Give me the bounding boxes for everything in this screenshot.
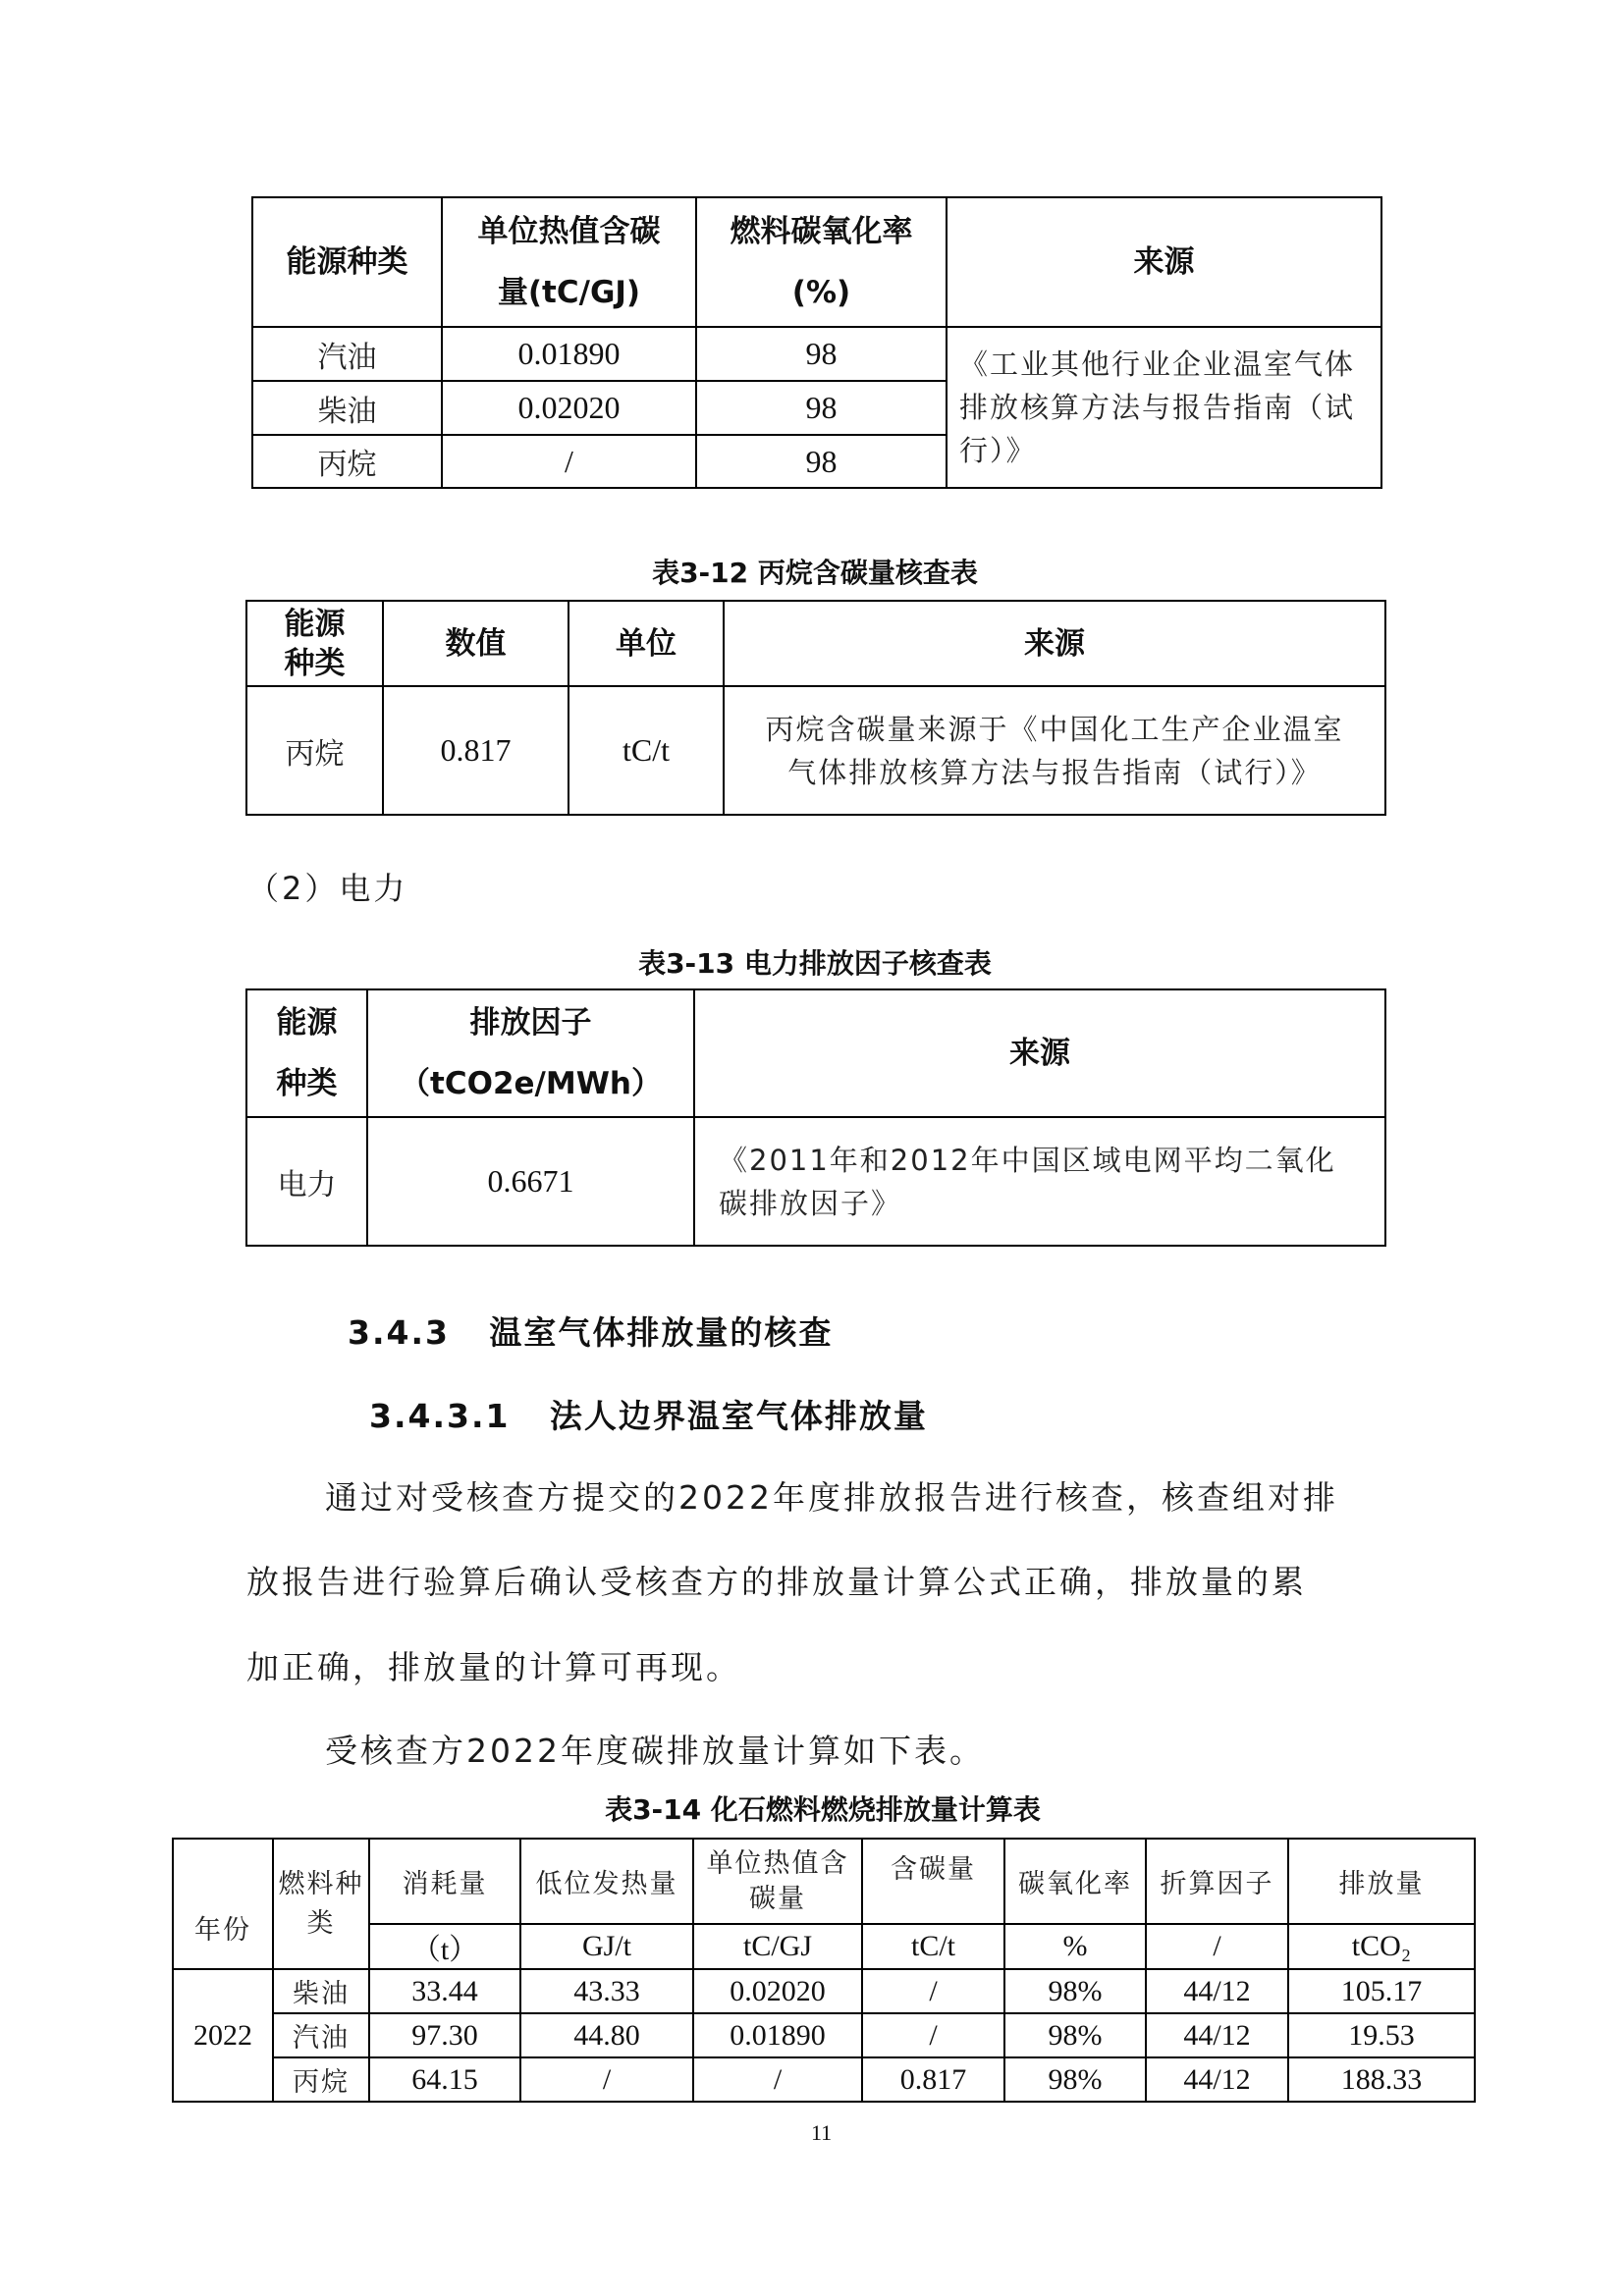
cell-type: 柴油 bbox=[252, 381, 442, 435]
cell-year: 2022 bbox=[173, 1969, 273, 2102]
header-unit: 单位 bbox=[568, 601, 724, 686]
header-factor-line1: 排放因子 bbox=[368, 992, 693, 1053]
cell-conversion: 44/12 bbox=[1146, 1969, 1288, 2013]
page-number: 11 bbox=[811, 2120, 832, 2146]
header-oxidation: 碳氧化率 bbox=[1004, 1839, 1146, 1924]
cell-consumption: 97.30 bbox=[369, 2013, 520, 2057]
header-energy-type-line2: 种类 bbox=[247, 1053, 366, 1114]
table-row: 电力 0.6671 《2011年和2012年中国区域电网平均二氧化碳排放因子》 bbox=[246, 1117, 1385, 1246]
header-carbon-content-line1: 单位热值含碳 bbox=[443, 201, 695, 262]
cell-consumption: 64.15 bbox=[369, 2057, 520, 2102]
table-3-13: 能源 种类 排放因子 （tCO2e/MWh） 来源 电力 0.6671 《201… bbox=[245, 988, 1386, 1247]
header-energy-type-line1: 能源 bbox=[247, 605, 382, 644]
header-energy-type-line1: 能源 bbox=[247, 992, 366, 1053]
unit-oxidation: % bbox=[1004, 1924, 1146, 1969]
unit-conversion: / bbox=[1146, 1924, 1288, 1969]
table-row: 丙烷 64.15 / / 0.817 98% 44/12 188.33 bbox=[173, 2057, 1475, 2102]
unit-carbon-per-heat: tC/GJ bbox=[693, 1924, 862, 1969]
cell-unit: tC/t bbox=[568, 686, 724, 815]
header-carbon-per-heat: 单位热值含碳量 bbox=[693, 1839, 862, 1924]
header-fuel-type: 燃料种类 bbox=[273, 1839, 369, 1969]
header-carbon-content-line2: 量(tC/GJ) bbox=[443, 262, 695, 323]
cell-carbon-per-heat: 0.01890 bbox=[693, 2013, 862, 2057]
subsection-electricity: （2）电力 bbox=[247, 864, 407, 909]
subsection-heading: 3.4.3.1 法人边界温室气体排放量 bbox=[369, 1391, 928, 1437]
unit-ncv: GJ/t bbox=[520, 1924, 693, 1969]
cell-carbon-content: 0.02020 bbox=[442, 381, 696, 435]
cell-oxidation: 98% bbox=[1004, 1969, 1146, 2013]
cell-value: 0.817 bbox=[383, 686, 568, 815]
table-row: 2022 柴油 33.44 43.33 0.02020 / 98% 44/12 … bbox=[173, 1969, 1475, 2013]
cell-consumption: 33.44 bbox=[369, 1969, 520, 2013]
table-header-row: 能源 种类 排放因子 （tCO2e/MWh） 来源 bbox=[246, 989, 1385, 1117]
table-3-13-caption: 表3-13 电力排放因子核查表 bbox=[245, 942, 1384, 982]
header-source: 来源 bbox=[947, 197, 1381, 327]
cell-oxidation: 98% bbox=[1004, 2057, 1146, 2102]
cell-carbon-content: 0.01890 bbox=[442, 327, 696, 381]
cell-carbon-content: / bbox=[862, 2013, 1004, 2057]
cell-type: 汽油 bbox=[252, 327, 442, 381]
header-oxidation-line2: (%) bbox=[697, 262, 946, 323]
header-consumption: 消耗量 bbox=[369, 1839, 520, 1924]
table-header-row: 能源种类 单位热值含碳 量(tC/GJ) 燃料碳氧化率 (%) 来源 bbox=[252, 197, 1381, 327]
unit-carbon-content: tC/t bbox=[862, 1924, 1004, 1969]
cell-emissions: 188.33 bbox=[1288, 2057, 1475, 2102]
table-row: 汽油 0.01890 98 《工业其他行业企业温室气体排放核算方法与报告指南（试… bbox=[252, 327, 1381, 381]
section-heading: 3.4.3 温室气体排放量的核查 bbox=[348, 1308, 833, 1354]
header-emissions: 排放量 bbox=[1288, 1839, 1475, 1924]
fuel-factor-table: 能源种类 单位热值含碳 量(tC/GJ) 燃料碳氧化率 (%) 来源 汽油 0.… bbox=[251, 196, 1382, 489]
cell-carbon-content: 0.817 bbox=[862, 2057, 1004, 2102]
header-conversion: 折算因子 bbox=[1146, 1839, 1288, 1924]
header-source: 来源 bbox=[694, 989, 1385, 1117]
header-oxidation-rate: 燃料碳氧化率 (%) bbox=[696, 197, 947, 327]
cell-carbon-per-heat: / bbox=[693, 2057, 862, 2102]
cell-factor: 0.6671 bbox=[367, 1117, 694, 1246]
paragraph-table-intro: 受核查方2022年度碳排放量计算如下表。 bbox=[325, 1726, 985, 1772]
cell-ncv: 43.33 bbox=[520, 1969, 693, 2013]
cell-conversion: 44/12 bbox=[1146, 2013, 1288, 2057]
header-energy-type-line2: 种类 bbox=[247, 644, 382, 683]
cell-emissions: 19.53 bbox=[1288, 2013, 1475, 2057]
unit-emissions: tCO₂ bbox=[1288, 1924, 1475, 1969]
table-3-14-caption: 表3-14 化石燃料燃烧排放量计算表 bbox=[172, 1789, 1474, 1828]
table-3-12-caption: 表3-12 丙烷含碳量核查表 bbox=[245, 552, 1384, 591]
table-3-14: 年份 燃料种类 消耗量 低位发热量 单位热值含碳量 含碳量 碳氧化率 折算因子 … bbox=[172, 1838, 1476, 2103]
paragraph-line: 放报告进行验算后确认受核查方的排放量计算公式正确，排放量的累 bbox=[246, 1557, 1307, 1603]
cell-type: 电力 bbox=[246, 1117, 367, 1246]
cell-oxidation: 98% bbox=[1004, 2013, 1146, 2057]
cell-oxidation: 98 bbox=[696, 327, 947, 381]
table-row: 丙烷 0.817 tC/t 丙烷含碳量来源于《中国化工生产企业温室气体排放核算方… bbox=[246, 686, 1385, 815]
cell-type: 丙烷 bbox=[252, 435, 442, 488]
header-energy-type: 能源种类 bbox=[252, 197, 442, 327]
cell-fuel: 丙烷 bbox=[273, 2057, 369, 2102]
cell-emissions: 105.17 bbox=[1288, 1969, 1475, 2013]
header-year: 年份 bbox=[173, 1839, 273, 1969]
unit-consumption: （t） bbox=[369, 1924, 520, 1969]
cell-source: 《工业其他行业企业温室气体排放核算方法与报告指南（试行）》 bbox=[947, 327, 1381, 488]
header-ncv: 低位发热量 bbox=[520, 1839, 693, 1924]
cell-carbon-per-heat: 0.02020 bbox=[693, 1969, 862, 2013]
table-header-row: 年份 燃料种类 消耗量 低位发热量 单位热值含碳量 含碳量 碳氧化率 折算因子 … bbox=[173, 1839, 1475, 1924]
cell-ncv: / bbox=[520, 2057, 693, 2102]
table-row: 汽油 97.30 44.80 0.01890 / 98% 44/12 19.53 bbox=[173, 2013, 1475, 2057]
cell-carbon-content: / bbox=[862, 1969, 1004, 2013]
header-oxidation-line1: 燃料碳氧化率 bbox=[697, 201, 946, 262]
header-emission-factor: 排放因子 （tCO2e/MWh） bbox=[367, 989, 694, 1117]
cell-type: 丙烷 bbox=[246, 686, 383, 815]
header-carbon-content: 单位热值含碳 量(tC/GJ) bbox=[442, 197, 696, 327]
cell-fuel: 汽油 bbox=[273, 2013, 369, 2057]
cell-carbon-content: / bbox=[442, 435, 696, 488]
table-3-12: 能源 种类 数值 单位 来源 丙烷 0.817 tC/t 丙烷含碳量来源于《中国… bbox=[245, 600, 1386, 816]
cell-ncv: 44.80 bbox=[520, 2013, 693, 2057]
paragraph-line: 通过对受核查方提交的2022年度排放报告进行核查，核查组对排 bbox=[325, 1472, 1338, 1519]
cell-source: 丙烷含碳量来源于《中国化工生产企业温室气体排放核算方法与报告指南（试行）》 bbox=[724, 686, 1385, 815]
header-source: 来源 bbox=[724, 601, 1385, 686]
cell-fuel: 柴油 bbox=[273, 1969, 369, 2013]
header-energy-type: 能源 种类 bbox=[246, 601, 383, 686]
table-header-row: 能源 种类 数值 单位 来源 bbox=[246, 601, 1385, 686]
cell-conversion: 44/12 bbox=[1146, 2057, 1288, 2102]
paragraph-line: 加正确，排放量的计算可再现。 bbox=[246, 1642, 741, 1688]
cell-oxidation: 98 bbox=[696, 435, 947, 488]
cell-source: 《2011年和2012年中国区域电网平均二氧化碳排放因子》 bbox=[694, 1117, 1385, 1246]
cell-oxidation: 98 bbox=[696, 381, 947, 435]
header-factor-line2: （tCO2e/MWh） bbox=[368, 1053, 693, 1114]
header-energy-type: 能源 种类 bbox=[246, 989, 367, 1117]
header-value: 数值 bbox=[383, 601, 568, 686]
header-carbon-content: 含碳量 bbox=[862, 1839, 1004, 1924]
